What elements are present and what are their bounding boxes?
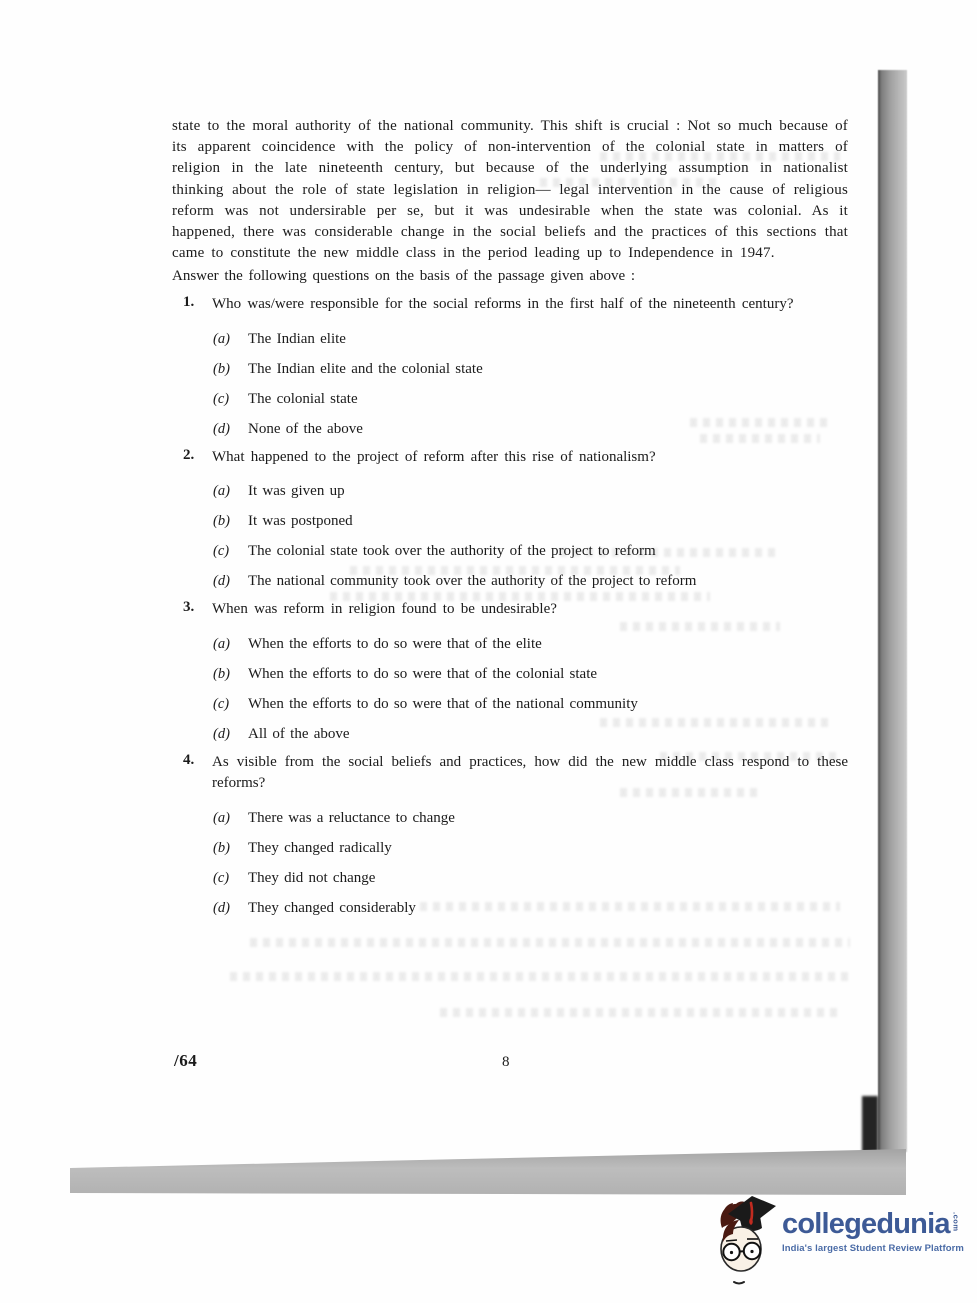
option-text: When the efforts to do so were that of t… [248,636,848,653]
option-text: The Indian elite and the colonial state [248,361,848,378]
logo-tagline: India's largest Student Review Platform [782,1243,964,1254]
logo-wordmark: collegedunia [782,1210,950,1239]
option-text: The colonial state [248,391,848,408]
option-label: (d) [213,573,248,590]
question-text: What happened to the project of reform a… [212,447,848,469]
option-label: (a) [213,483,248,500]
option-label: (a) [213,331,248,348]
option-row: (c) They did not change [213,870,848,887]
option-text: None of the above [248,421,848,438]
option-text: The national community took over the aut… [248,573,848,590]
option-text: The colonial state took over the authori… [248,543,848,560]
option-label: (d) [213,421,248,438]
question-number: 3. [183,599,212,621]
option-row: (c) The colonial state took over the aut… [213,543,848,560]
question-number: 2. [183,447,212,469]
option-text: They changed considerably [248,900,848,917]
page-edge-shadow-right [878,70,907,1152]
option-row: (d) None of the above [213,421,848,438]
option-row: (b) When the efforts to do so were that … [213,666,848,683]
logo-domain-suffix: .com [952,1212,961,1232]
option-row: (b) They changed radically [213,840,848,857]
option-row: (c) When the efforts to do so were that … [213,696,848,713]
document-content: state to the moral authority of the nati… [172,116,848,917]
option-text: All of the above [248,726,848,743]
footer-paper-code: /64 [174,1051,197,1071]
question-number: 4. [183,752,212,795]
question-2: 2. What happened to the project of refor… [172,447,848,591]
option-label: (c) [213,870,248,887]
option-row: (d) All of the above [213,726,848,743]
option-label: (a) [213,636,248,653]
option-text: They changed radically [248,840,848,857]
option-label: (d) [213,900,248,917]
question-text: As visible from the social beliefs and p… [212,752,848,795]
option-label: (b) [213,361,248,378]
option-row: (c) The colonial state [213,391,848,408]
option-text: When the efforts to do so were that of t… [248,666,848,683]
option-text: The Indian elite [248,331,848,348]
option-label: (a) [213,810,248,827]
question-1: 1. Who was/were responsible for the soci… [172,294,848,438]
passage-paragraph: state to the moral authority of the nati… [172,116,848,264]
option-label: (c) [213,543,248,560]
option-text: They did not change [248,870,848,887]
option-row: (d) They changed considerably [213,900,848,917]
scan-noise [250,938,850,947]
option-label: (c) [213,696,248,713]
option-text: There was a reluctance to change [248,810,848,827]
question-4: 4. As visible from the social beliefs an… [172,752,848,917]
footer-page-number: 8 [502,1054,510,1071]
question-3: 3. When was reform in religion found to … [172,599,848,743]
option-label: (c) [213,391,248,408]
option-row: (a) There was a reluctance to change [213,810,848,827]
scanned-exam-page: state to the moral authority of the nati… [0,0,977,1303]
option-row: (d) The national community took over the… [213,573,848,590]
page-edge-shadow-dark [862,1096,878,1152]
instruction-line: Answer the following questions on the ba… [172,268,848,285]
option-label: (b) [213,513,248,530]
logo-text-block: collegedunia .com India's largest Studen… [782,1194,964,1254]
page-edge-shadow-bottom [70,1146,906,1196]
option-row: (a) The Indian elite [213,331,848,348]
option-label: (d) [213,726,248,743]
question-text: When was reform in religion found to be … [212,599,848,621]
scan-noise [440,1008,840,1017]
option-text: It was postponed [248,513,848,530]
option-text: When the efforts to do so were that of t… [248,696,848,713]
collegedunia-logo: collegedunia .com India's largest Studen… [712,1194,964,1290]
option-label: (b) [213,666,248,683]
question-text: Who was/were responsible for the social … [212,294,848,316]
option-row: (a) It was given up [213,483,848,500]
option-label: (b) [213,840,248,857]
scan-noise [230,972,850,981]
collegedunia-mascot-icon [712,1194,780,1290]
option-text: It was given up [248,483,848,500]
option-row: (a) When the efforts to do so were that … [213,636,848,653]
option-row: (b) The Indian elite and the colonial st… [213,361,848,378]
option-row: (b) It was postponed [213,513,848,530]
question-number: 1. [183,294,212,316]
